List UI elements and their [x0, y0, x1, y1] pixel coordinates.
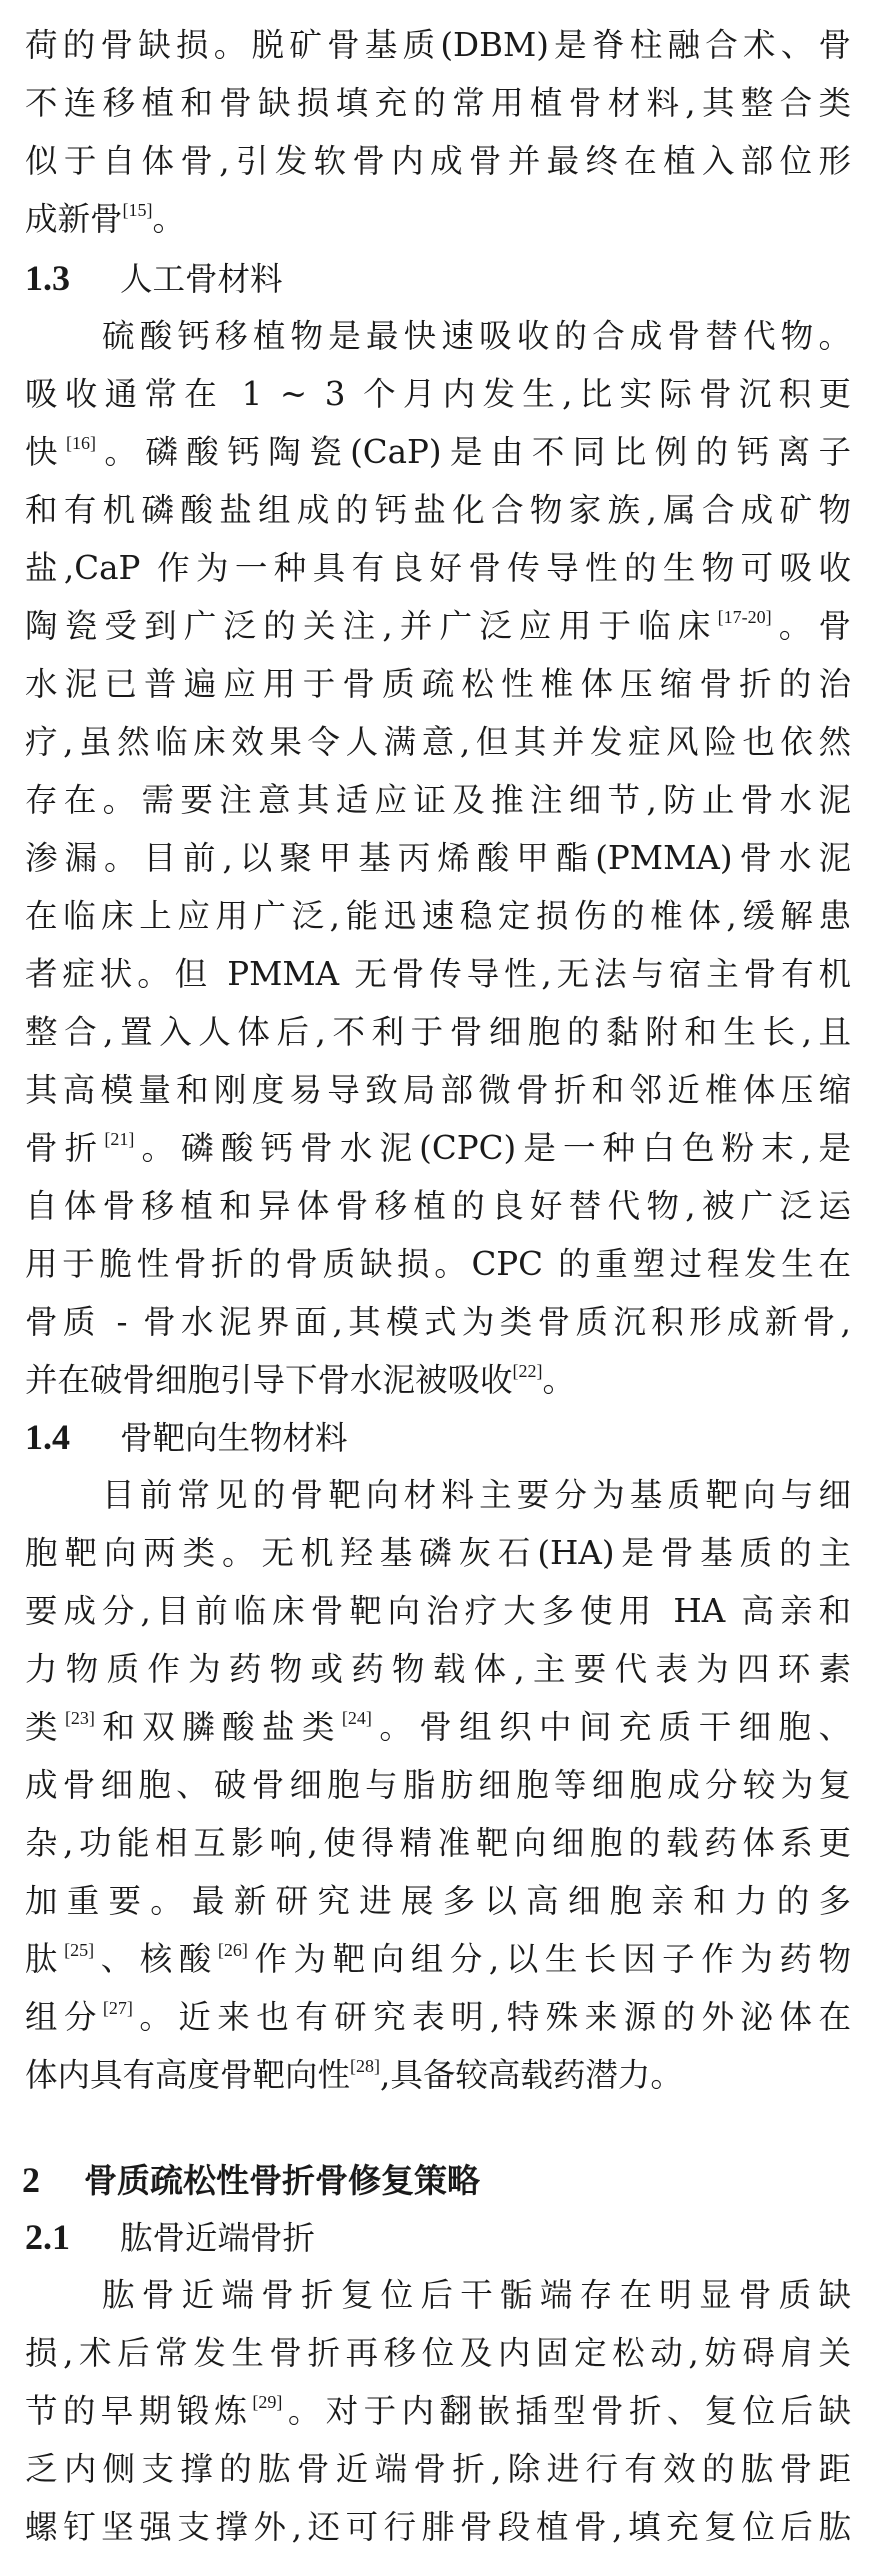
- body-line: 骨折[21]。磷酸钙骨水泥(CPC)是一种白色粉末,是: [25, 1119, 851, 1177]
- line-text: 。: [543, 1361, 576, 1399]
- citation-ref[interactable]: [29]: [252, 2392, 282, 2412]
- body-line: 成新骨[15]。: [25, 190, 851, 248]
- body-line: 硫酸钙移植物是最快速吸收的合成骨替代物。: [25, 307, 851, 365]
- body-line: 存在。需要注意其适应证及推注细节,防止骨水泥: [25, 771, 851, 829]
- line-text: 陶瓷受到广泛的关注,并广泛应用于临床: [25, 607, 718, 645]
- subheading-1-3: 1.3人工骨材料: [25, 249, 283, 307]
- body-line: 成骨细胞、破骨细胞与脂肪细胞等细胞成分较为复: [25, 1756, 851, 1814]
- line-text: 。: [153, 200, 186, 238]
- body-line: 不连移植和骨缺损填充的常用植骨材料,其整合类: [25, 74, 851, 132]
- body-line: 肱骨近端骨折复位后干骺端存在明显骨质缺: [25, 2266, 851, 2324]
- section-number: 2.1: [25, 2208, 120, 2266]
- body-line: 肽[25]、核酸[26]作为靶向组分,以生长因子作为药物: [25, 1930, 851, 1988]
- line-text: 。对于内翻嵌插型骨折、复位后缺: [282, 2392, 851, 2430]
- line-text: 节的早期锻炼: [25, 2392, 252, 2430]
- body-line: 用于脆性骨折的骨质缺损。CPC 的重塑过程发生在: [25, 1235, 851, 1293]
- line-text: 骨折: [25, 1129, 104, 1167]
- body-line: 力物质作为药物或药物载体,主要代表为四环素: [25, 1640, 851, 1698]
- line-text: 和双膦酸盐类: [95, 1708, 342, 1746]
- citation-ref[interactable]: [26]: [218, 1940, 248, 1960]
- citation-ref[interactable]: [24]: [342, 1708, 372, 1728]
- citation-ref[interactable]: [17-20]: [718, 607, 772, 627]
- body-line: 要成分,目前临床骨靶向治疗大多使用 HA 高亲和: [25, 1582, 851, 1640]
- citation-ref[interactable]: [21]: [104, 1129, 134, 1149]
- citation-ref[interactable]: [16]: [66, 433, 96, 453]
- citation-ref[interactable]: [28]: [350, 2056, 380, 2076]
- body-line: 类[23]和双膦酸盐类[24]。骨组织中间充质干细胞、: [25, 1698, 851, 1756]
- line-text: 成新骨: [25, 200, 123, 238]
- body-line: 目前常见的骨靶向材料主要分为基质靶向与细: [25, 1466, 851, 1524]
- body-line: 骨质 - 骨水泥界面,其模式为类骨质沉积形成新骨,: [25, 1293, 851, 1351]
- body-line: 盐,CaP 作为一种具有良好骨传导性的生物可吸收: [25, 539, 851, 597]
- body-line: 吸收通常在 1 ~ 3 个月内发生,比实际骨沉积更: [25, 365, 851, 423]
- body-line: 水泥已普遍应用于骨质疏松性椎体压缩骨折的治: [25, 655, 851, 713]
- paper-page: 荷的骨缺损。脱矿骨基质(DBM)是脊柱融合术、骨 不连移植和骨缺损填充的常用植骨…: [0, 0, 876, 2560]
- subheading-2-1: 2.1肱骨近端骨折: [25, 2208, 315, 2266]
- section-title: 骨靶向生物材料: [120, 1419, 348, 1457]
- line-text: 。磷酸钙陶瓷(CaP)是由不同比例的钙离子: [96, 433, 851, 471]
- body-line: 在临床上应用广泛,能迅速稳定损伤的椎体,缓解患: [25, 887, 851, 945]
- body-line: 渗漏。目前,以聚甲基丙烯酸甲酯(PMMA)骨水泥: [25, 829, 851, 887]
- line-text: 快: [25, 433, 66, 471]
- body-line: 并在破骨细胞引导下骨水泥被吸收[22]。: [25, 1351, 851, 1409]
- line-text: 、核酸: [94, 1940, 218, 1978]
- body-line: 自体骨移植和异体骨移植的良好替代物,被广泛运: [25, 1177, 851, 1235]
- line-text: 。骨: [772, 607, 851, 645]
- body-line: 损,术后常发生骨折再移位及内固定松动,妨碍肩关: [25, 2324, 851, 2382]
- body-line: 杂,功能相互影响,使得精准靶向细胞的载药体系更: [25, 1814, 851, 1872]
- line-text: 。磷酸钙骨水泥(CPC)是一种白色粉末,是: [134, 1129, 851, 1167]
- section-number: 1.4: [25, 1408, 120, 1466]
- section-title: 肱骨近端骨折: [120, 2219, 315, 2257]
- line-text: ,具备较高载药潜力。: [380, 2056, 683, 2094]
- body-line: 组分[27]。近来也有研究表明,特殊来源的外泌体在: [25, 1988, 851, 2046]
- subheading-1-4: 1.4骨靶向生物材料: [25, 1408, 348, 1466]
- line-text: 并在破骨细胞引导下骨水泥被吸收: [25, 1361, 513, 1399]
- body-line: 快[16]。磷酸钙陶瓷(CaP)是由不同比例的钙离子: [25, 423, 851, 481]
- body-line: 加重要。最新研究进展多以高细胞亲和力的多: [25, 1872, 851, 1930]
- citation-ref[interactable]: [25]: [64, 1940, 94, 1960]
- line-text: 肽: [25, 1940, 64, 1978]
- body-line: 荷的骨缺损。脱矿骨基质(DBM)是脊柱融合术、骨: [25, 16, 851, 74]
- line-text: 组分: [25, 1998, 103, 2036]
- line-text: 体内具有高度骨靶向性: [25, 2056, 350, 2094]
- section-number: 1.3: [25, 249, 120, 307]
- line-text: 作为靶向组分,以生长因子作为药物: [248, 1940, 851, 1978]
- body-line: 整合,置入人体后,不利于骨细胞的黏附和生长,且: [25, 1003, 851, 1061]
- body-line: 体内具有高度骨靶向性[28],具备较高载药潜力。: [25, 2046, 851, 2104]
- citation-ref[interactable]: [27]: [103, 1998, 133, 2018]
- section-title: 骨质疏松性骨折骨修复策略: [84, 2161, 480, 2200]
- body-line: 者症状。但 PMMA 无骨传导性,无法与宿主骨有机: [25, 945, 851, 1003]
- line-text: 类: [25, 1708, 65, 1746]
- body-line: 和有机磷酸盐组成的钙盐化合物家族,属合成矿物: [25, 481, 851, 539]
- section-heading-2: 2骨质疏松性骨折骨修复策略: [22, 2150, 480, 2210]
- body-line: 节的早期锻炼[29]。对于内翻嵌插型骨折、复位后缺: [25, 2382, 851, 2440]
- body-line: 螺钉坚强支撑外,还可行腓骨段植骨,填充复位后肱: [25, 2498, 851, 2556]
- body-line: 陶瓷受到广泛的关注,并广泛应用于临床[17-20]。骨: [25, 597, 851, 655]
- body-line: 乏内侧支撑的肱骨近端骨折,除进行有效的肱骨距: [25, 2440, 851, 2498]
- section-title: 人工骨材料: [120, 260, 283, 298]
- citation-ref[interactable]: [15]: [123, 200, 153, 220]
- section-number: 2: [22, 2150, 84, 2210]
- line-text: 。近来也有研究表明,特殊来源的外泌体在: [133, 1998, 851, 2036]
- body-line: 疗,虽然临床效果令人满意,但其并发症风险也依然: [25, 713, 851, 771]
- line-text: 。骨组织中间充质干细胞、: [372, 1708, 851, 1746]
- body-line: 其高模量和刚度易导致局部微骨折和邻近椎体压缩: [25, 1061, 851, 1119]
- body-line: 胞靶向两类。无机羟基磷灰石(HA)是骨基质的主: [25, 1524, 851, 1582]
- citation-ref[interactable]: [22]: [513, 1361, 543, 1381]
- citation-ref[interactable]: [23]: [65, 1708, 95, 1728]
- body-line: 似于自体骨,引发软骨内成骨并最终在植入部位形: [25, 132, 851, 190]
